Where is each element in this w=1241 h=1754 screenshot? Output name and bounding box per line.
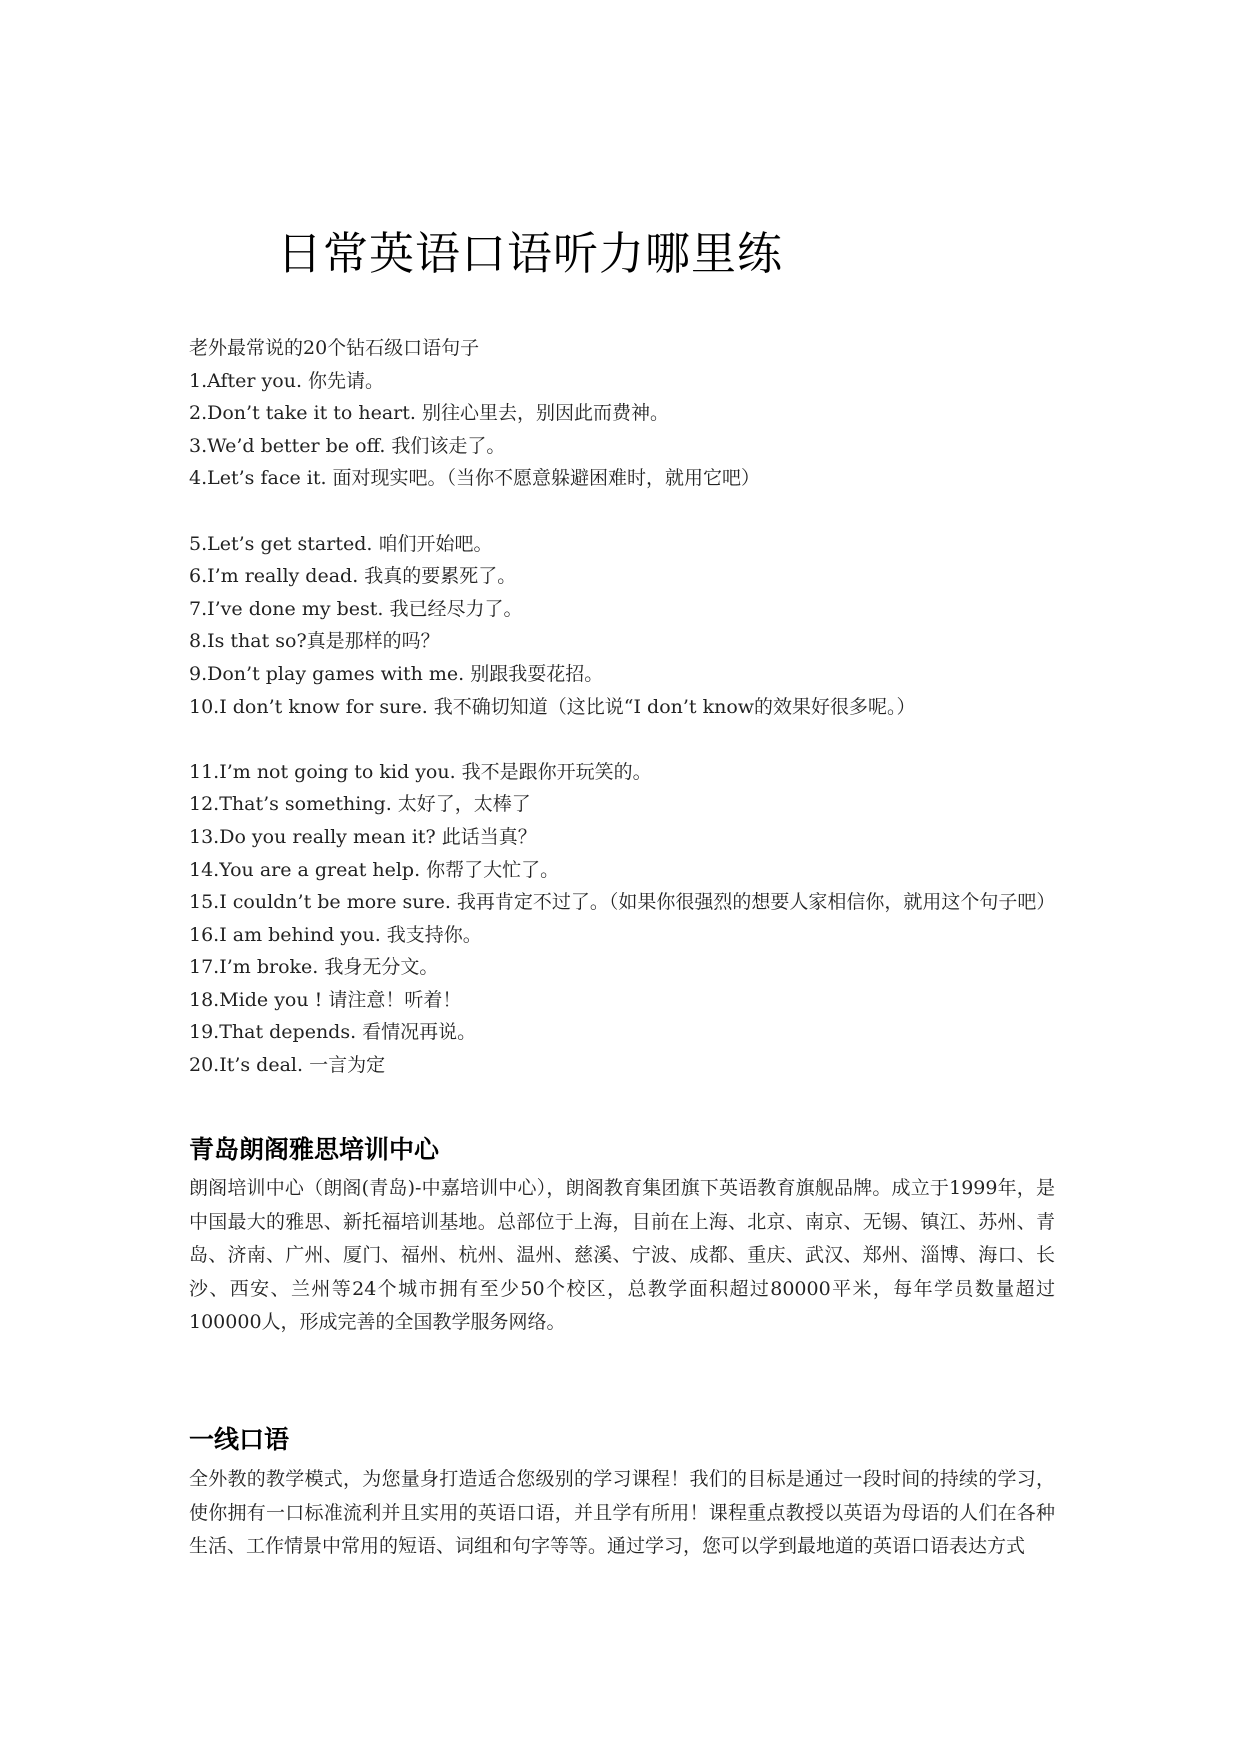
phrase-item: 13.Do you really mean it? 此话当真？ bbox=[189, 821, 1069, 854]
phrase-item: 8.Is that so?真是那样的吗？ bbox=[189, 625, 1069, 658]
phrase-item: 17.I’m broke. 我身无分文。 bbox=[189, 951, 1069, 984]
phrase-item: 6.I’m really dead. 我真的要累死了。 bbox=[189, 560, 1069, 593]
phrase-item: 10.I don’t know for sure. 我不确切知道（这比说“I d… bbox=[189, 691, 1069, 724]
phrase-list: 老外最常说的20个钻石级口语句子 1.After you. 你先请。 2.Don… bbox=[189, 332, 1069, 1082]
phrase-item: 14.You are a great help. 你帮了大忙了。 bbox=[189, 854, 1069, 887]
phrase-item: 16.I am behind you. 我支持你。 bbox=[189, 919, 1069, 952]
phrase-item: 12.That’s something. 太好了，太棒了 bbox=[189, 788, 1069, 821]
spacer bbox=[189, 723, 1069, 756]
spacer bbox=[189, 495, 1069, 528]
intro-line: 老外最常说的20个钻石级口语句子 bbox=[189, 332, 1069, 365]
phrase-item: 7.I’ve done my best. 我已经尽力了。 bbox=[189, 593, 1069, 626]
section-body-yixian: 全外教的教学模式，为您量身打造适合您级别的学习课程！我们的目标是通过一段时间的持… bbox=[189, 1463, 1055, 1564]
section-body-langge: 朗阁培训中心（朗阁(青岛)-中嘉培训中心），朗阁教育集团旗下英语教育旗舰品牌。成… bbox=[189, 1172, 1055, 1340]
section-heading-langge: 青岛朗阁雅思培训中心 bbox=[189, 1130, 439, 1166]
phrase-item: 20.It’s deal. 一言为定 bbox=[189, 1049, 1069, 1082]
section-heading-yixian: 一线口语 bbox=[189, 1420, 289, 1456]
phrase-item: 15.I couldn’t be more sure. 我再肯定不过了。（如果你… bbox=[189, 886, 1069, 919]
phrase-item: 1.After you. 你先请。 bbox=[189, 365, 1069, 398]
phrase-item: 4.Let’s face it. 面对现实吧。（当你不愿意躲避困难时，就用它吧） bbox=[189, 462, 1069, 495]
phrase-item: 2.Don’t take it to heart. 别往心里去，别因此而费神。 bbox=[189, 397, 1069, 430]
page-title: 日常英语口语听力哪里练 bbox=[277, 228, 783, 280]
phrase-item: 18.Mide you ! 请注意！听着！ bbox=[189, 984, 1069, 1017]
phrase-item: 3.We’d better be off. 我们该走了。 bbox=[189, 430, 1069, 463]
phrase-item: 9.Don’t play games with me. 别跟我耍花招。 bbox=[189, 658, 1069, 691]
phrase-item: 11.I’m not going to kid you. 我不是跟你开玩笑的。 bbox=[189, 756, 1069, 789]
phrase-item: 5.Let’s get started. 咱们开始吧。 bbox=[189, 528, 1069, 561]
phrase-item: 19.That depends. 看情况再说。 bbox=[189, 1016, 1069, 1049]
